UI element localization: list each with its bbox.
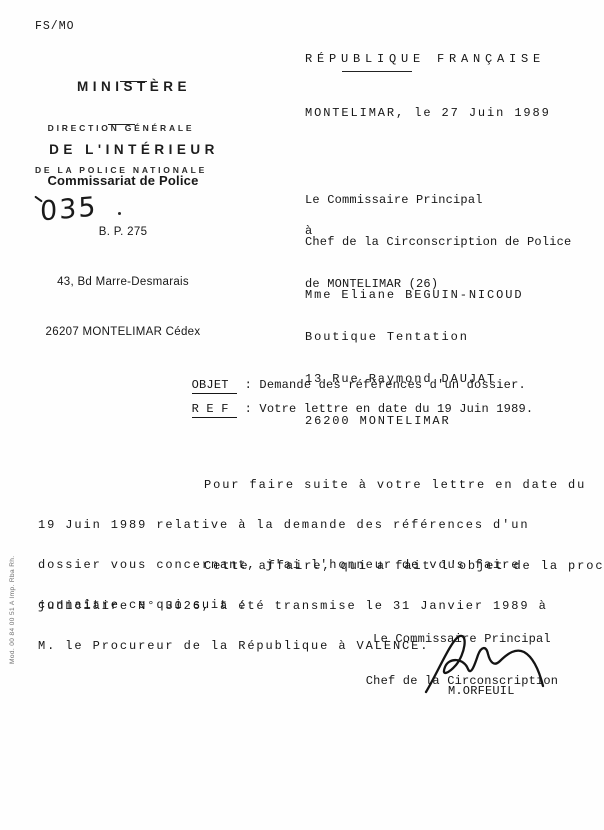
sender-street: 43, Bd Marre-Desmarais	[25, 275, 221, 289]
republic-divider	[342, 71, 412, 72]
handwritten-note: 035	[40, 191, 98, 227]
recipient-name: Mme Eliane BEGUIN-NICOUD	[305, 288, 523, 302]
print-shop-margin-note: Mod. 00 84 00 51 A Imp. Rba Rh.	[9, 555, 16, 664]
direction-divider	[108, 124, 135, 125]
body-p2-line-1: Cette affaire, qui a fait l'objet de la …	[38, 560, 604, 573]
ref-label: R E F	[192, 402, 237, 418]
to-marker: à	[305, 224, 312, 238]
dateline: MONTELIMAR, le 27 Juin 1989	[305, 106, 551, 120]
scanned-letter-page: FS/MO MINISTÈRE DE L'INTÉRIEUR DIRECTION…	[0, 0, 604, 830]
from-line-1: Le Commissaire Principal	[305, 193, 571, 207]
signer-name: M.ORFEUIL	[448, 684, 515, 698]
handwritten-dot	[118, 212, 121, 215]
sender-address-block: Commissariat de Police B. P. 275 43, Bd …	[25, 137, 221, 375]
republic-heading: RÉPUBLIQUE FRANÇAISE	[305, 52, 545, 66]
recipient-company: Boutique Tentation	[305, 330, 523, 344]
body-p1-line-2: 19 Juin 1989 relative à la demande des r…	[38, 519, 586, 532]
ref-text: : Votre lettre en date du 19 Juin 1989.	[245, 402, 534, 416]
ref-line: R E F: Votre lettre en date du 19 Juin 1…	[162, 388, 533, 432]
sender-city: 26207 MONTELIMAR Cédex	[25, 325, 221, 339]
sender-po-box: B. P. 275	[25, 225, 221, 239]
ministry-divider	[120, 81, 147, 82]
from-line-2: Chef de la Circonscription de Police	[305, 235, 571, 249]
body-p1-line-1: Pour faire suite à votre lettre en date …	[38, 479, 586, 492]
sender-office: Commissariat de Police	[25, 173, 221, 189]
reference-code: FS/MO	[35, 20, 75, 33]
